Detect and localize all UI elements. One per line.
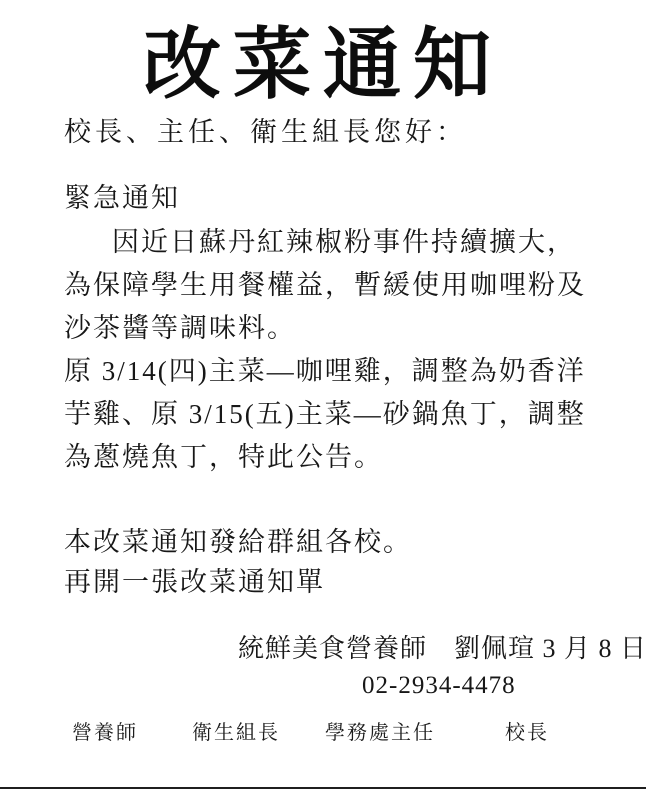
signature-author-line: 統鮮美食營養師 劉佩瑄 3 月 8 日 bbox=[238, 628, 646, 665]
notice-document: 改菜通知 校長、主任、衛生組長您好： 緊急通知 因近日蘇丹紅辣椒粉事件持續擴大，… bbox=[0, 0, 646, 791]
role-academic-affairs-director: 學務處主任 bbox=[325, 716, 435, 745]
closing-line: 本改菜通知發給群組各校。 bbox=[64, 520, 412, 559]
urgent-notice-label: 緊急通知 bbox=[64, 176, 180, 215]
paragraph-line: 原 3/14(四)主菜—咖哩雞，調整為奶香洋 bbox=[64, 349, 586, 388]
phone-number: 02-2934-4478 bbox=[362, 672, 516, 700]
role-health-section-chief: 衛生組長 bbox=[192, 716, 280, 745]
paragraph-line: 為保障學生用餐權益，暫緩使用咖哩粉及 bbox=[64, 263, 586, 302]
paragraph-line: 沙茶醬等調味料。 bbox=[64, 306, 296, 345]
paragraph-line: 為蔥燒魚丁，特此公告。 bbox=[64, 435, 383, 474]
greeting-line: 校長、主任、衛生組長您好： bbox=[64, 110, 467, 149]
paragraph-line: 因近日蘇丹紅辣椒粉事件持續擴大， bbox=[112, 220, 576, 259]
role-nutritionist: 營養師 bbox=[72, 716, 138, 745]
bottom-divider bbox=[0, 787, 646, 789]
page-title: 改菜通知 bbox=[0, 2, 646, 114]
closing-line: 再開一張改菜通知單 bbox=[64, 560, 325, 599]
paragraph-line: 芋雞、原 3/15(五)主菜—砂鍋魚丁，調整 bbox=[64, 392, 586, 431]
role-principal: 校長 bbox=[505, 716, 549, 745]
